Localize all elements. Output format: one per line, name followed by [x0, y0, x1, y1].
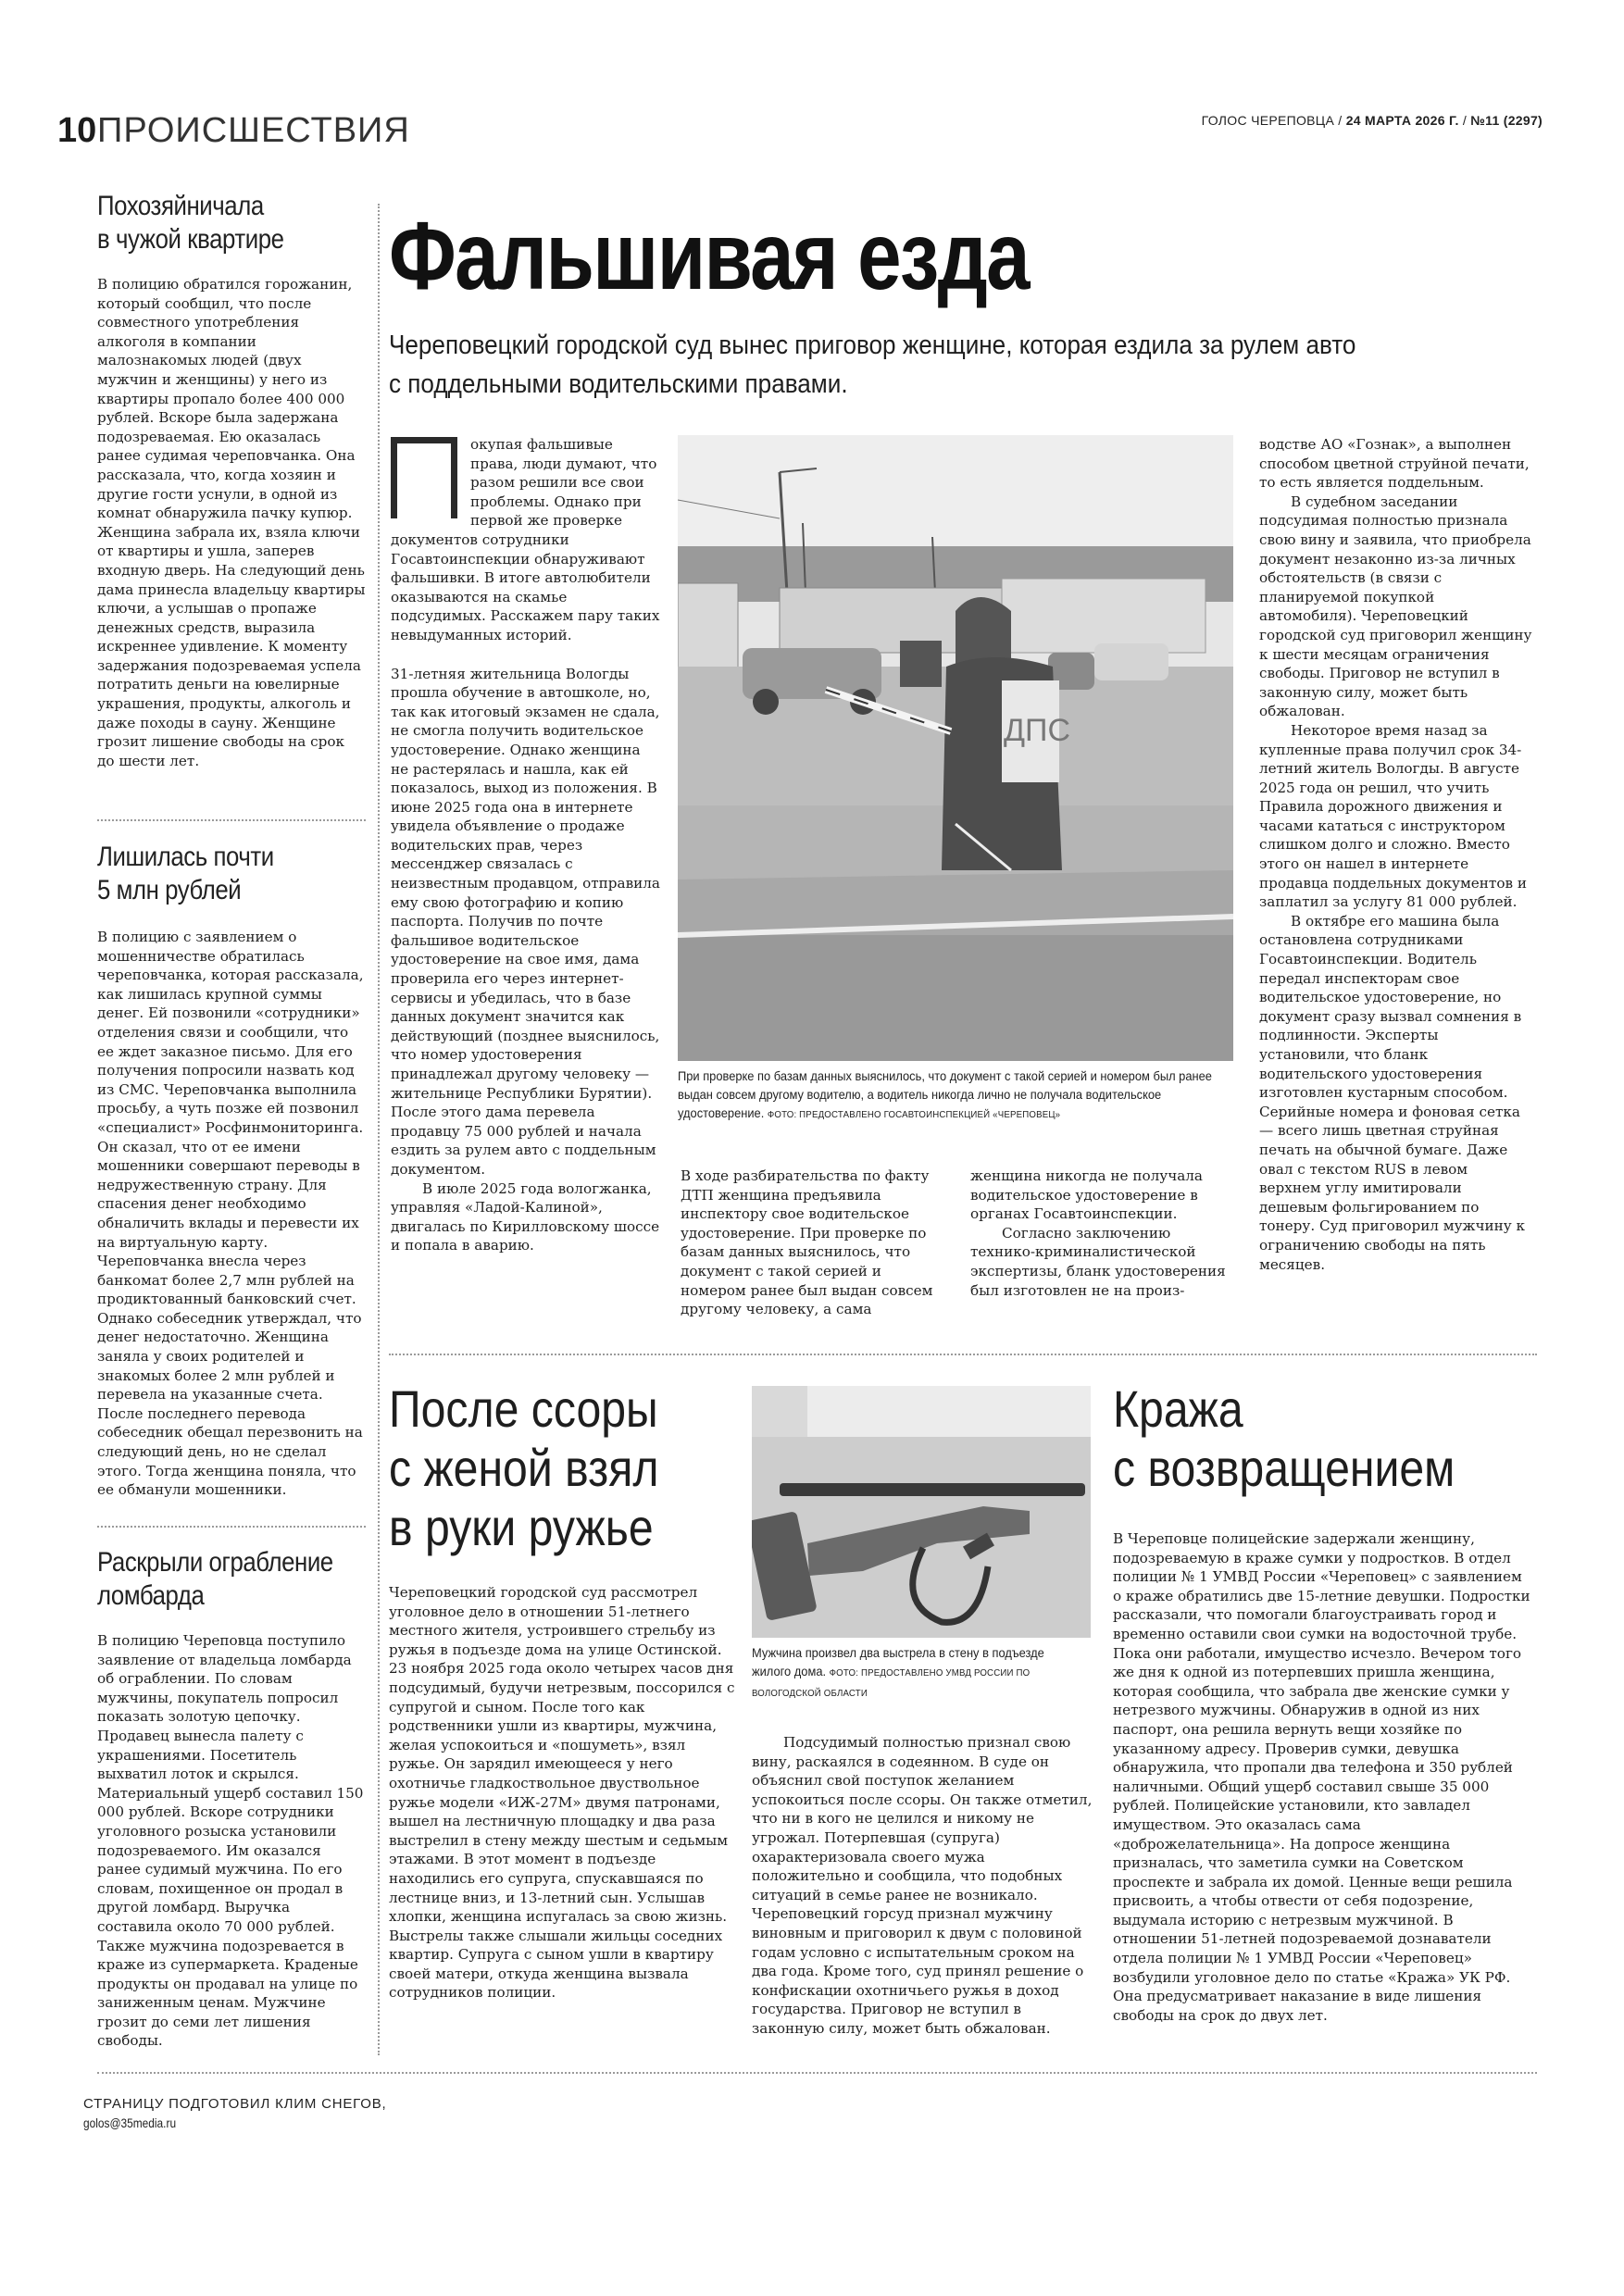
paragraph: Согласно заключению технико-криминалисти…: [970, 1224, 1234, 1300]
drop-cap: П: [391, 437, 457, 518]
sidebar-divider: [97, 1526, 366, 1528]
photo-credit: ФОТО: ПРЕДОСТАВЛЕНО ГОСАВТОИНСПЕКЦИЕЙ «Ч…: [768, 1109, 1060, 1120]
paragraph: В июле 2025 года вологжанка, управляя «Л…: [391, 1179, 661, 1255]
headline-line: в чужой квартире: [97, 223, 328, 256]
gun-photo: [752, 1386, 1091, 1638]
headline-line: Кража: [1113, 1379, 1455, 1439]
headline-line: После ссоры: [389, 1379, 658, 1439]
headline-line: Раскрыли ограбление: [97, 1546, 328, 1579]
masthead-separator: /: [1459, 113, 1471, 128]
paragraph: водстве АО «Гознак», а выполнен способом…: [1259, 435, 1532, 493]
issue-number: №11 (2297): [1470, 113, 1543, 128]
headline-line: с возвращением: [1113, 1439, 1455, 1498]
page-number: 10: [57, 109, 96, 152]
traffic-police-photo: ДПС: [678, 435, 1233, 1061]
sidebar-story-headline: Похозяйничала в чужой квартире: [97, 190, 328, 256]
headline-line: 5 млн рублей: [97, 874, 328, 907]
author-credit: СТРАНИЦУ ПОДГОТОВИЛ КЛИМ СНЕГОВ,: [83, 2094, 387, 2114]
main-article-col-2: В ходе разбирательства по факту ДТП женщ…: [681, 1167, 944, 1319]
gun-photo-caption: Мужчина произвел два выстрела в стену в …: [752, 1643, 1084, 1703]
masthead: ГОЛОС ЧЕРЕПОВЦА / 24 МАРТА 2026 Г. / №11…: [1202, 113, 1543, 128]
paragraph: В октябре его машина была остановлена со…: [1259, 912, 1532, 1274]
main-lead: Череповецкий городской суд вынес пригово…: [389, 326, 1372, 404]
gun-article-body-2: Подсудимый полностью признал свою вину, …: [752, 1733, 1096, 2039]
headline-line: ломбарда: [97, 1579, 328, 1613]
sidebar-story-3: Раскрыли ограбление ломбарда В полицию Ч…: [97, 1546, 366, 2051]
sidebar-story-body: В полицию Череповца поступило заявление …: [97, 1631, 366, 2051]
intro-paragraph: П окупая фальшивые права, люди думают, ч…: [391, 435, 661, 645]
gun-article-body-1: Череповецкий городской суд рассмотрел уг…: [389, 1583, 736, 2003]
sidebar-story-body: В полицию обратился горожанин, который с…: [97, 275, 366, 770]
theft-article-body: В Череповце полицейские задержали женщин…: [1113, 1529, 1534, 2025]
headline-line: с женой взял: [389, 1439, 658, 1498]
drop-cap-glyph: [391, 437, 457, 518]
paragraph: В судебном заседании подсудимая полность…: [1259, 493, 1532, 721]
page-credits: СТРАНИЦУ ПОДГОТОВИЛ КЛИМ СНЕГОВ, golos@3…: [83, 2094, 387, 2133]
article-divider: [389, 1354, 1537, 1355]
footer-divider: [97, 2072, 1537, 2074]
issue-date: 24 МАРТА 2026 Г.: [1346, 113, 1459, 128]
section-title: ПРОИСШЕСТВИЯ: [97, 109, 410, 152]
svg-text:ДПС: ДПС: [1004, 713, 1070, 748]
gun-article-headline: После ссоры с женой взял в руки ружье: [389, 1379, 658, 1557]
rifle-photo: [752, 1386, 1091, 1638]
sidebar-story-2: Лишилась почти 5 млн рублей В полицию с …: [97, 841, 366, 1500]
headline-line: Лишилась почти: [97, 841, 328, 874]
paragraph: В ходе разбирательства по факту ДТП женщ…: [681, 1167, 944, 1319]
main-headline: Фальшивая езда: [389, 206, 1029, 307]
sidebar-divider: [97, 819, 366, 821]
paragraph: Некоторое время назад за купленные права…: [1259, 721, 1532, 912]
main-article-col-1: П окупая фальшивые права, люди думают, ч…: [391, 435, 661, 1255]
sidebar-vertical-divider: [378, 204, 380, 2055]
main-article-col-3: женщина никогда не получала водительское…: [970, 1167, 1234, 1300]
paragraph: 31-летняя жительница Вологды прошла обуч…: [391, 665, 661, 1179]
headline-line: Похозяйничала: [97, 190, 328, 223]
masthead-separator: /: [1334, 113, 1346, 128]
main-article-col-4: водстве АО «Гознак», а выполнен способом…: [1259, 435, 1532, 1274]
author-email[interactable]: golos@35media.ru: [83, 2114, 341, 2133]
theft-article-headline: Кража с возвращением: [1113, 1379, 1455, 1498]
headline-line: в руки ружье: [389, 1498, 658, 1557]
newspaper-name: ГОЛОС ЧЕРЕПОВЦА: [1202, 113, 1334, 128]
paragraph: Подсудимый полностью признал свою вину, …: [752, 1733, 1096, 2039]
paragraph: женщина никогда не получала водительское…: [970, 1167, 1234, 1224]
sidebar-story-headline: Лишилась почти 5 млн рублей: [97, 841, 328, 907]
main-photo-caption: При проверке по базам данных выяснилось,…: [678, 1067, 1223, 1124]
main-photo: ДПС: [678, 435, 1233, 1061]
sidebar-story-body: В полицию с заявлением о мошенничестве о…: [97, 928, 366, 1500]
sidebar-story-1: Похозяйничала в чужой квартире В полицию…: [97, 190, 366, 770]
sidebar-story-headline: Раскрыли ограбление ломбарда: [97, 1546, 328, 1613]
